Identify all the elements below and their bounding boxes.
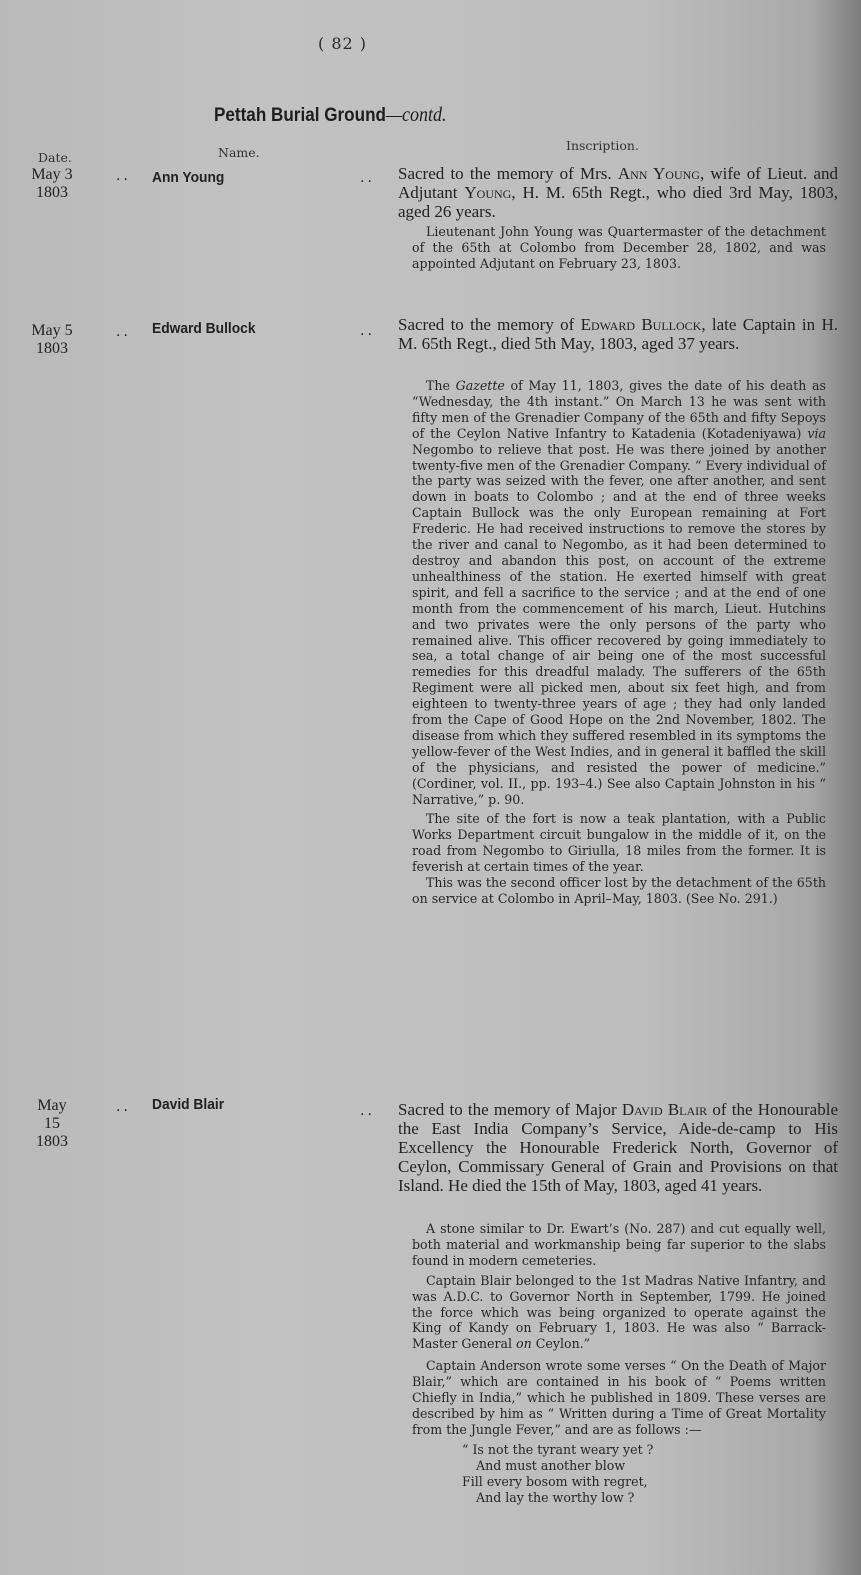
- title-suffix: —contd.: [386, 104, 446, 126]
- leader-dots: ..: [360, 170, 375, 186]
- leader-dots: ..: [116, 324, 131, 340]
- leader-dots: ..: [360, 1103, 375, 1119]
- page-title: Pettah Burial Ground—contd.: [214, 104, 446, 127]
- verse-line: Fill every bosom with regret,: [462, 1474, 826, 1490]
- entry-note: A stone similar to Dr. Ewart’s (No. 287)…: [412, 1221, 826, 1505]
- leader-dots: ..: [116, 168, 131, 184]
- entry-name: David Blair: [152, 1096, 224, 1113]
- verse-line: And lay the worthy low ?: [462, 1490, 826, 1506]
- leader-dots: ..: [116, 1099, 131, 1115]
- entry-date: May 31803: [28, 166, 76, 202]
- page-number: ( 82 ): [318, 34, 367, 53]
- entry-note: Lieutenant John Young was Quartermaster …: [412, 224, 826, 276]
- entry-note: The Gazette of May 11, 1803, gives the d…: [412, 378, 826, 911]
- verse-line: “ Is not the tyrant weary yet ?: [462, 1442, 826, 1458]
- entry-name: Ann Young: [152, 169, 224, 186]
- column-header-inscription: Inscription.: [566, 138, 639, 153]
- entry-name: Edward Bullock: [152, 320, 256, 337]
- inscription-text: Sacred to the memory of Edward Bullock, …: [398, 315, 838, 353]
- inscription-text: Sacred to the memory of Mrs. Ann Young, …: [398, 164, 838, 221]
- leader-dots: ..: [360, 323, 375, 339]
- entry-date: May 51803: [28, 322, 76, 358]
- column-header-name: Name.: [218, 145, 260, 160]
- inscription-text: Sacred to the memory of Major David Blai…: [398, 1100, 838, 1195]
- verse-line: And must another blow: [462, 1458, 826, 1474]
- verse-block: “ Is not the tyrant weary yet ? And must…: [412, 1442, 826, 1506]
- entry-date: May 151803: [28, 1097, 76, 1151]
- column-header-date: Date.: [38, 150, 72, 165]
- title-text: Pettah Burial Ground: [214, 105, 386, 126]
